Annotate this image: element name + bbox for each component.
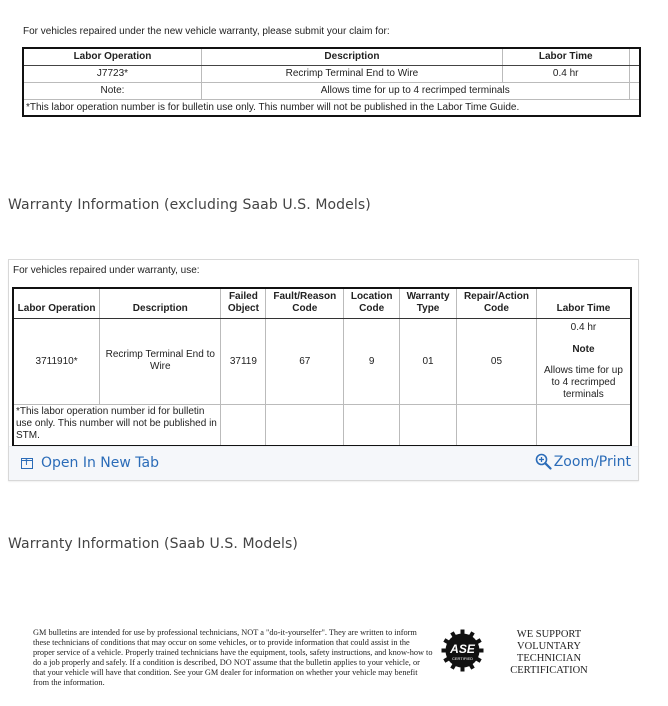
table-header-row: Labor Operation Description Labor Time xyxy=(23,48,640,65)
labor-note-label: Note xyxy=(539,344,628,356)
header-labor-time: Labor Time xyxy=(536,288,631,318)
zoom-print-link[interactable]: Zoom/Print xyxy=(535,453,631,470)
header-labor-time: Labor Time xyxy=(502,48,629,65)
warranty-image-card: For vehicles repaired under warranty, us… xyxy=(8,259,639,481)
zoom-print-label: Zoom/Print xyxy=(554,454,631,470)
svg-text:CERTIFIED: CERTIFIED xyxy=(452,656,473,661)
header-labor-operation: Labor Operation xyxy=(13,288,100,318)
header-spacer xyxy=(629,48,640,65)
cell-empty xyxy=(344,404,400,446)
table-row: 3711910* Recrimp Terminal End to Wire 37… xyxy=(13,318,631,404)
cell-spacer xyxy=(629,82,640,99)
header-warranty-type: Warranty Type xyxy=(400,288,457,318)
cell-note-text: Allows time for up to 4 recrimped termin… xyxy=(201,82,629,99)
cell-labor-operation: J7723* xyxy=(23,65,201,82)
table1-intro: For vehicles repaired under the new vehi… xyxy=(23,26,390,37)
labor-note-text: Allows time for up to 4 recrimped termin… xyxy=(544,365,623,400)
open-in-new-tab-icon xyxy=(21,458,33,469)
cell-description: Recrimp Terminal End to Wire xyxy=(201,65,502,82)
section-heading-saab: Warranty Information (Saab U.S. Models) xyxy=(8,536,298,552)
labor-time-value: 0.4 hr xyxy=(571,322,597,333)
table-row-footnote: *This labor operation number is for bull… xyxy=(23,99,640,116)
cell-spacer xyxy=(629,65,640,82)
cell-labor-operation: 3711910* xyxy=(13,318,100,404)
cert-line: TECHNICIAN xyxy=(504,653,594,665)
table-row: J7723* Recrimp Terminal End to Wire 0.4 … xyxy=(23,65,640,82)
cell-warranty-type: 01 xyxy=(400,318,457,404)
svg-text:ASE: ASE xyxy=(449,642,476,656)
header-failed-object: Failed Object xyxy=(221,288,266,318)
labor-table-warranty: Labor Operation Description Failed Objec… xyxy=(12,287,632,447)
cell-footnote: *This labor operation number id for bull… xyxy=(13,404,221,446)
header-description: Description xyxy=(201,48,502,65)
header-repair-action-code: Repair/Action Code xyxy=(457,288,537,318)
cert-line: VOLUNTARY xyxy=(504,641,594,653)
cell-empty xyxy=(221,404,266,446)
cell-empty xyxy=(400,404,457,446)
cell-description: Recrimp Terminal End to Wire xyxy=(100,318,221,404)
card-action-bar: Open In New Tab Zoom/Print xyxy=(9,446,638,480)
cell-location-code: 9 xyxy=(344,318,400,404)
open-in-new-tab-link[interactable]: Open In New Tab xyxy=(21,455,159,471)
technician-certification-text: WE SUPPORT VOLUNTARY TECHNICIAN CERTIFIC… xyxy=(504,629,594,677)
cert-line: WE SUPPORT xyxy=(504,629,594,641)
cell-failed-object: 37119 xyxy=(221,318,266,404)
cell-labor-time: 0.4 hr xyxy=(502,65,629,82)
cell-labor-time: 0.4 hr Note Allows time for up to 4 recr… xyxy=(536,318,631,404)
header-description: Description xyxy=(100,288,221,318)
labor-table-new-vehicle-warranty: Labor Operation Description Labor Time J… xyxy=(22,47,641,117)
section-heading-excluding-saab: Warranty Information (excluding Saab U.S… xyxy=(8,197,371,213)
cell-fault-reason-code: 67 xyxy=(266,318,344,404)
ase-certified-logo: ASE CERTIFIED xyxy=(441,629,484,672)
cell-empty xyxy=(266,404,344,446)
table-header-row: Labor Operation Description Failed Objec… xyxy=(13,288,631,318)
cell-repair-action-code: 05 xyxy=(457,318,537,404)
gm-disclaimer: GM bulletins are intended for use by pro… xyxy=(33,628,433,688)
open-in-new-tab-label: Open In New Tab xyxy=(41,455,159,471)
table2-intro: For vehicles repaired under warranty, us… xyxy=(13,265,200,276)
header-fault-reason-code: Fault/Reason Code xyxy=(266,288,344,318)
table-row-note: Note: Allows time for up to 4 recrimped … xyxy=(23,82,640,99)
cell-empty xyxy=(457,404,537,446)
cell-note-label: Note: xyxy=(23,82,201,99)
header-location-code: Location Code xyxy=(344,288,400,318)
zoom-in-icon xyxy=(535,453,552,470)
cell-footnote: *This labor operation number is for bull… xyxy=(23,99,640,116)
cell-empty xyxy=(536,404,631,446)
cert-line: CERTIFICATION xyxy=(504,665,594,677)
table-row-footnote: *This labor operation number id for bull… xyxy=(13,404,631,446)
header-labor-operation: Labor Operation xyxy=(23,48,201,65)
